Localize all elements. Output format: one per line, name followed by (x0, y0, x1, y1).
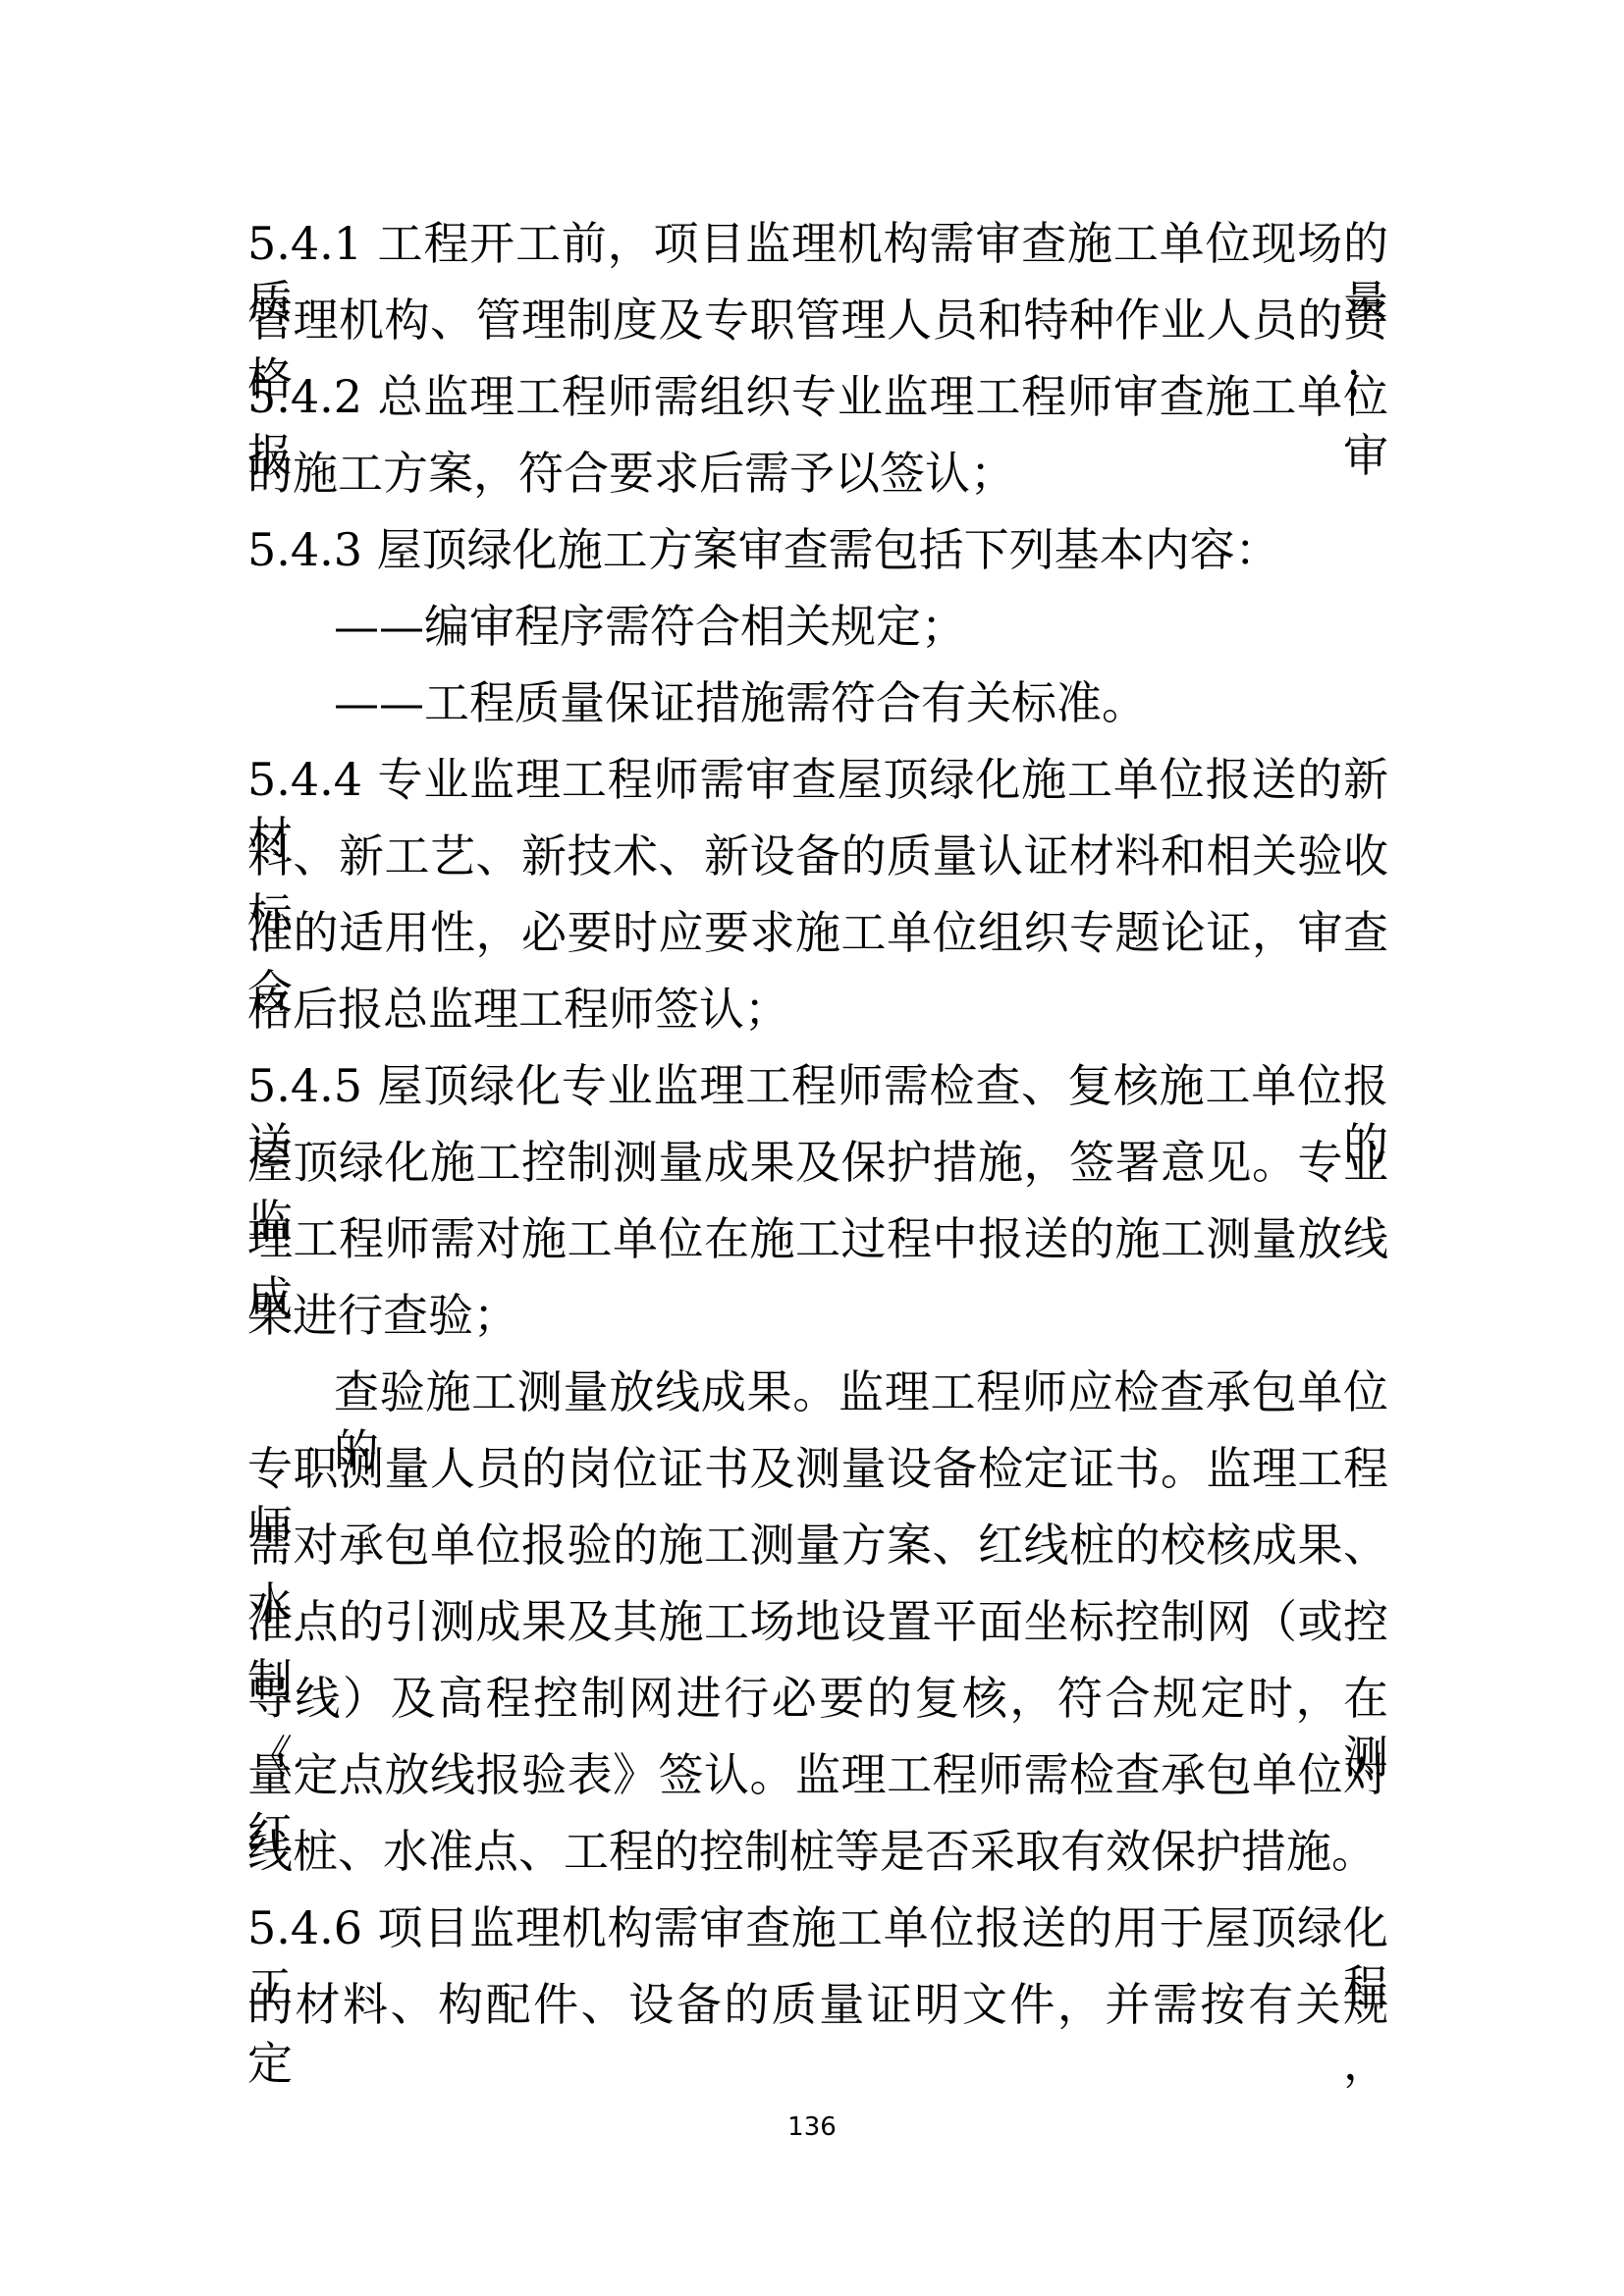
text-line: 料、新工艺、新技术、新设备的质量认证材料和相关验收标 (247, 827, 1388, 885)
text-line-clause-5-4-4: 5.4.4 专业监理工程师需审查屋顶绿化施工单位报送的新材 (247, 750, 1388, 809)
text-line: 准的适用性，必要时应要求施工单位组织专题论证，审查合 (247, 903, 1388, 962)
document-page: 5.4.1 工程开工前，项目监理机构需审查施工单位现场的质量 管理机构、管理制度… (0, 0, 1624, 2296)
text-line: 专职测量人员的岗位证书及测量设备检定证书。监理工程师 (247, 1439, 1388, 1498)
text-line: 量定点放线报验表》签认。监理工程师需检查承包单位对红 (247, 1745, 1388, 1804)
text-line-clause-5-4-3: 5.4.3 屋顶绿化施工方案审查需包括下列基本内容： (247, 520, 1388, 579)
text-line: 理工程师需对施工单位在施工过程中报送的施工测量放线成 (247, 1209, 1388, 1268)
text-line: 的施工方案，符合要求后需予以签认； (247, 444, 1388, 503)
text-line: 需对承包单位报验的施工测量方案、红线桩的校核成果、水 (247, 1516, 1388, 1575)
text-line: 屋顶绿化施工控制测量成果及保护措施，签署意见。专业监 (247, 1133, 1388, 1192)
paragraph-first-line: 查验施工测量放线成果。监理工程师应检查承包单位的 (334, 1362, 1388, 1421)
text-line-clause-5-4-6: 5.4.6 项目监理机构需审查施工单位报送的用于屋顶绿化工程 (247, 1898, 1388, 1957)
text-line: 格后报总监理工程师签认； (247, 980, 1388, 1039)
text-line: 准点的引测成果及其施工场地设置平面坐标控制网（或控制 (247, 1592, 1388, 1651)
list-item-dash: ——工程质量保证措施需符合有关标准。 (334, 673, 1388, 732)
page-number: 136 (0, 2112, 1624, 2142)
text-line: 导线）及高程控制网进行必要的复核，符合规定时，在《测 (247, 1669, 1388, 1728)
list-item-dash: ——编审程序需符合相关规定； (334, 597, 1388, 656)
text-line: 的材料、构配件、设备的质量证明文件，并需按有关规定， (247, 1975, 1388, 2034)
text-line: 果进行查验； (247, 1286, 1388, 1345)
text-line-clause-5-4-5: 5.4.5 屋顶绿化专业监理工程师需检查、复核施工单位报送的 (247, 1056, 1388, 1115)
text-line: 管理机构、管理制度及专职管理人员和特种作业人员的资格； (247, 291, 1388, 349)
text-line-clause-5-4-1: 5.4.1 工程开工前，项目监理机构需审查施工单位现场的质量 (247, 214, 1388, 273)
text-line: 线桩、水准点、工程的控制桩等是否采取有效保护措施。 (247, 1822, 1388, 1881)
text-line-clause-5-4-2: 5.4.2 总监理工程师需组织专业监理工程师审查施工单位报审 (247, 367, 1388, 426)
